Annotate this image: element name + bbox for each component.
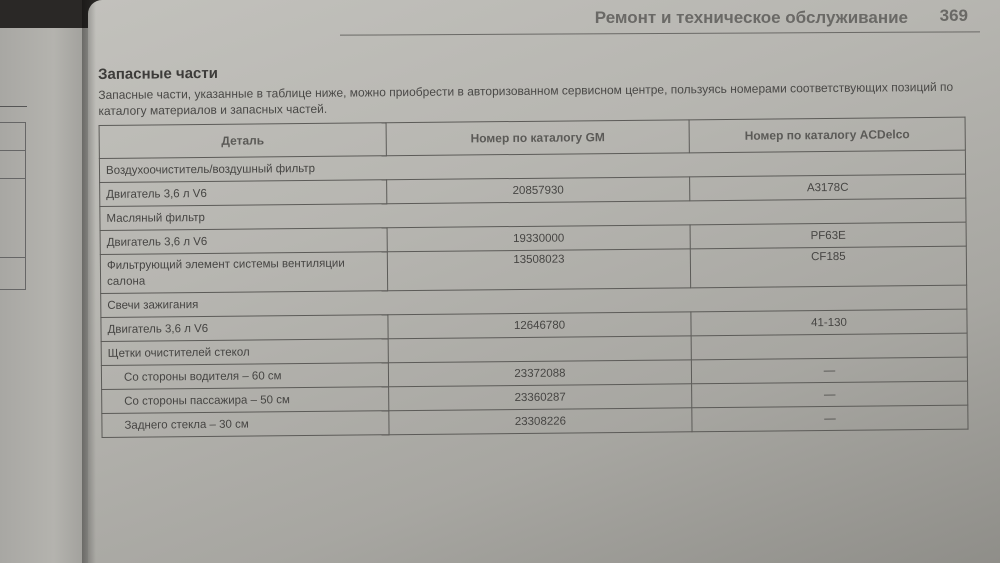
gm-number: 19330000 [387, 225, 690, 252]
part-name: Двигатель 3,6 л V6 [101, 315, 388, 342]
gm-number: 12646780 [388, 312, 691, 339]
gm-number: 20857930 [387, 177, 690, 204]
book-spine [82, 0, 96, 563]
empty-cell [388, 336, 691, 363]
part-name: Заднего стекла – 30 см [102, 411, 389, 438]
page-header: Ремонт и техническое обслуживание 369 [500, 6, 980, 30]
group-label: Щетки очистителей стекол [101, 339, 388, 366]
part-name: Фильтрующий элемент системы вентиляции с… [100, 252, 387, 294]
column-header-gm: Номер по каталогу GM [386, 120, 689, 156]
chapter-title: Ремонт и техническое обслуживание [595, 8, 908, 28]
part-name: Двигатель 3,6 л V6 [100, 228, 387, 255]
section-intro: Запасные части, указанные в таблице ниже… [98, 78, 988, 119]
column-header-part: Деталь [99, 123, 386, 159]
left-page-table-fragment [0, 122, 26, 290]
spare-parts-section: Запасные части Запасные части, указанные… [98, 57, 1000, 438]
acdelco-number: — [692, 405, 968, 432]
gm-number: 23360287 [389, 384, 692, 411]
part-name: Двигатель 3,6 л V6 [100, 180, 387, 207]
spare-parts-table: Деталь Номер по каталогу GM Номер по кат… [99, 117, 969, 438]
acdelco-number: A3178C [690, 174, 966, 201]
acdelco-number: 41-130 [691, 309, 967, 336]
part-name: Со стороны водителя – 60 см [101, 363, 388, 390]
empty-cell [691, 333, 967, 360]
gm-number: 13508023 [387, 249, 690, 291]
acdelco-number: — [691, 357, 967, 384]
left-page [0, 28, 90, 563]
part-name: Со стороны пассажира – 50 см [102, 387, 389, 414]
gm-number: 23308226 [389, 408, 692, 435]
page-number: 369 [940, 6, 968, 26]
acdelco-number: CF185 [690, 246, 966, 288]
left-page-rule [0, 106, 27, 107]
acdelco-number: — [692, 381, 968, 408]
gm-number: 23372088 [388, 360, 691, 387]
column-header-acdelco: Номер по каталогу ACDelco [689, 117, 965, 153]
acdelco-number: PF63E [690, 222, 966, 249]
